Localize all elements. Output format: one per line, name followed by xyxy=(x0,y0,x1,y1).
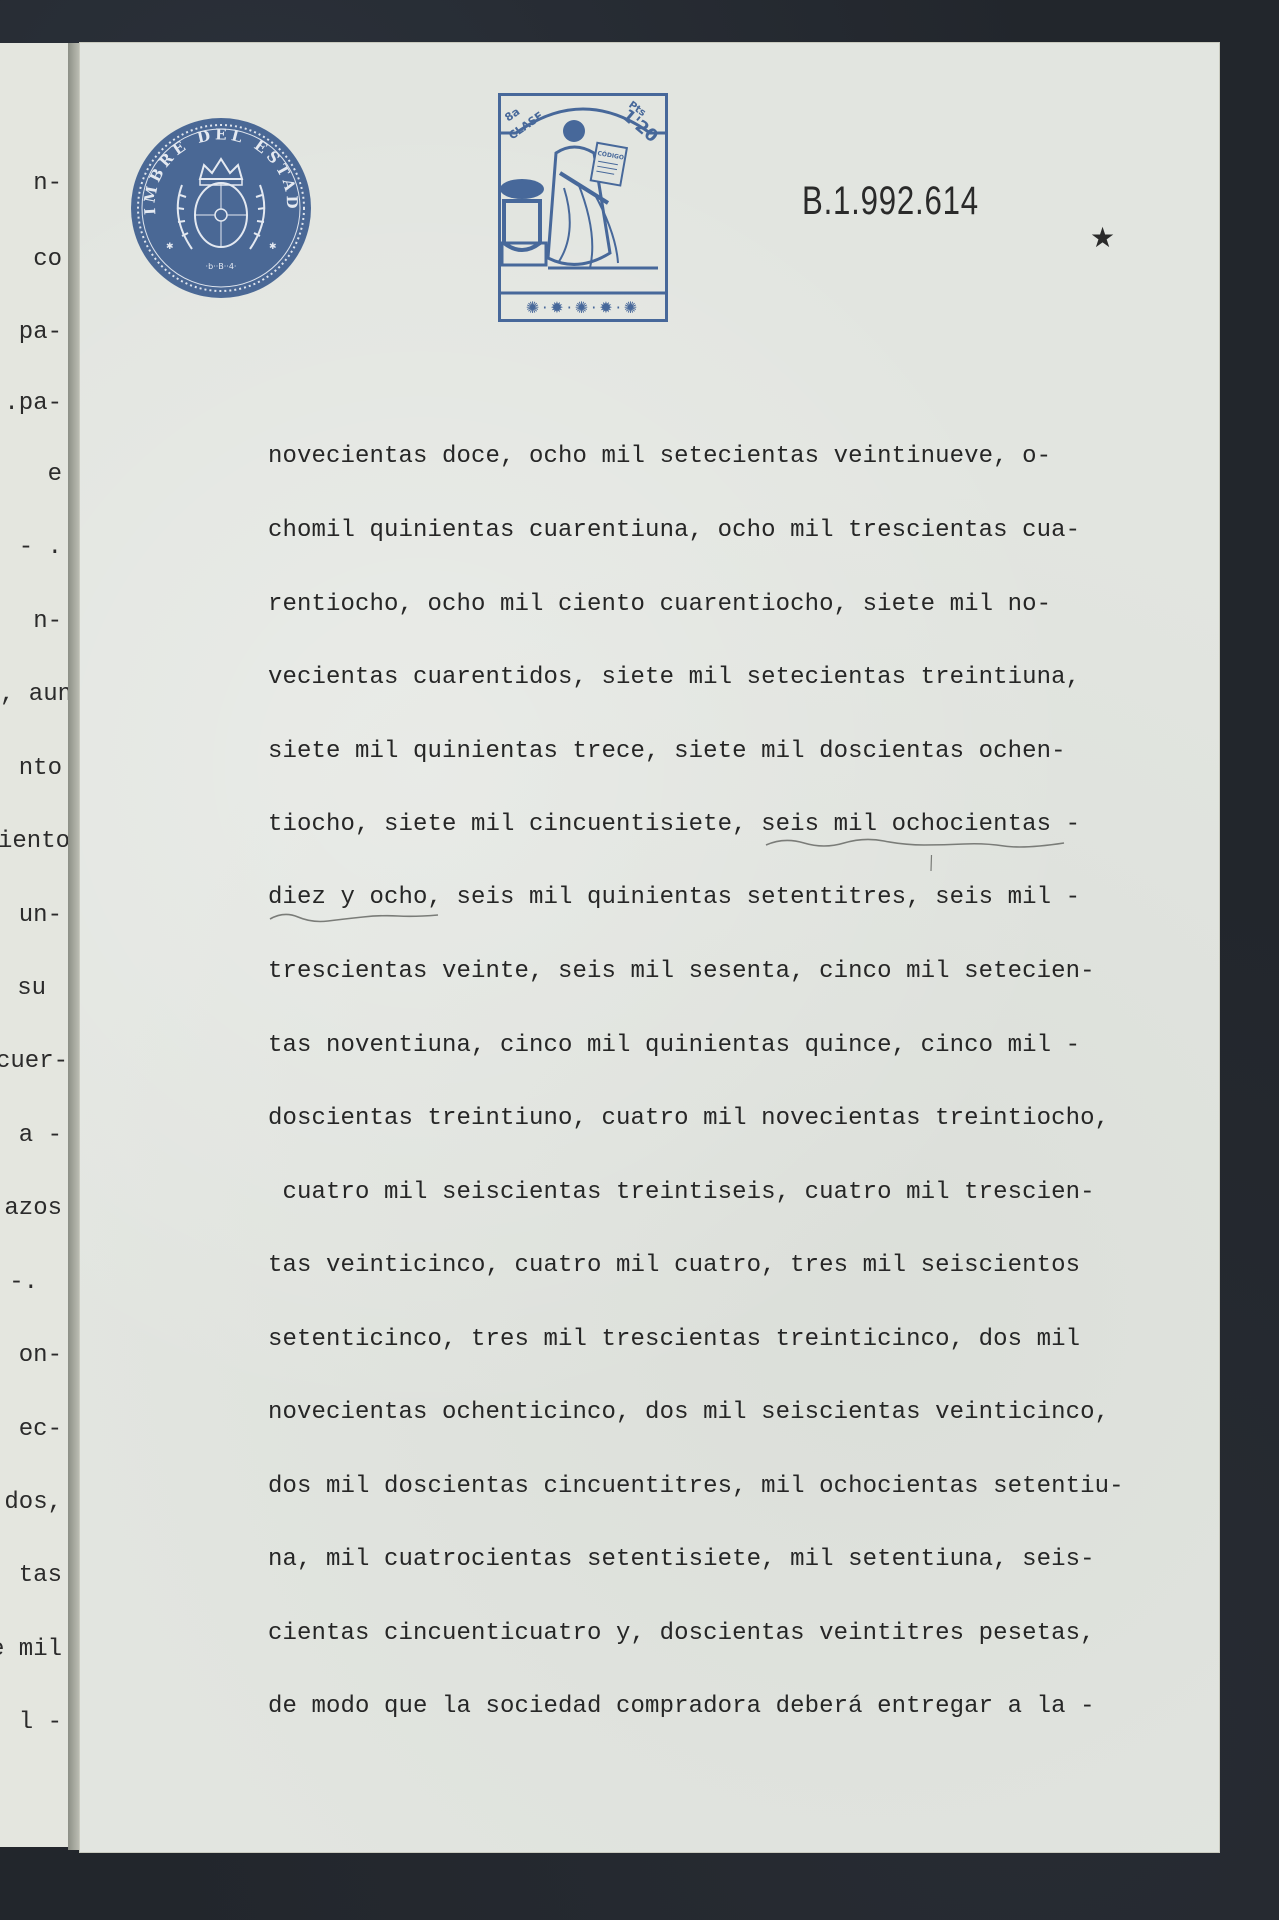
left-page-fragment: e mil xyxy=(0,1636,62,1664)
left-page-fragment: azos xyxy=(4,1195,62,1223)
text-line: dos mil doscientas cincuentitres, mil oc… xyxy=(268,1472,1124,1502)
left-page-edge: n- co . pa- .pa- e - . n- l, aun nto ien… xyxy=(0,43,68,1847)
text-line: vecientas cuarentidos, siete mil setecie… xyxy=(268,663,1080,693)
svg-text:✱: ✱ xyxy=(166,242,174,252)
left-page-fragment: nto xyxy=(19,755,62,783)
text-line: siete mil quinientas trece, siete mil do… xyxy=(268,737,1066,767)
serial-number: B.1.992.614 xyxy=(802,179,979,224)
left-page-fragment: -. xyxy=(9,1269,38,1297)
underline-mark-seis-mil-ochocientas xyxy=(764,835,1069,851)
document-page: TIMBRE DEL ESTADO ✱ ✱ ·b··B··4· 8a CLASE… xyxy=(80,43,1219,1852)
left-page-fragment: n- xyxy=(33,170,62,198)
left-page-fragment: . pa- xyxy=(0,319,62,347)
left-page-fragment: su xyxy=(17,975,46,1003)
left-page-fragment: a - xyxy=(19,1122,62,1150)
text-line: na, mil cuatrocientas setentisiete, mil … xyxy=(268,1545,1095,1575)
tax-stamp-icon: 8a CLASE Pts 1'20 CÓDIGO ✺·✹·✺·✹·✺ xyxy=(498,93,668,322)
text-line: de modo que la sociedad compradora deber… xyxy=(268,1692,1095,1722)
left-page-fragment: l - xyxy=(19,1709,62,1737)
left-page-fragment: n- xyxy=(33,608,62,636)
text-line: tas veinticinco, cuatro mil cuatro, tres… xyxy=(268,1251,1080,1281)
left-page-fragment: cuer- xyxy=(0,1048,68,1076)
text-line: rentiocho, ocho mil ciento cuarentiocho,… xyxy=(268,590,1051,620)
pencil-tick-mark xyxy=(930,855,933,871)
left-page-fragment: dos, xyxy=(4,1489,62,1517)
left-page-fragment: iento xyxy=(0,828,68,856)
svg-text:✺·✹·✺·✹·✺: ✺·✹·✺·✹·✺ xyxy=(526,298,640,317)
left-page-fragment: un- xyxy=(19,902,62,930)
left-page-fragment: co xyxy=(33,246,62,274)
text-line: cientas cincuenticuatro y, doscientas ve… xyxy=(268,1619,1095,1649)
left-page-fragment: ec- xyxy=(19,1416,62,1444)
left-page-fragment: .pa- xyxy=(4,390,62,418)
text-line: setenticinco, tres mil trescientas trein… xyxy=(268,1325,1080,1355)
text-line: cuatro mil seiscientas treintiseis, cuat… xyxy=(268,1178,1095,1208)
text-line: novecientas ochenticinco, dos mil seisci… xyxy=(268,1398,1109,1428)
svg-text:·b··B··4·: ·b··B··4· xyxy=(206,262,237,271)
text-line: chomil quinientas cuarentiuna, ocho mil … xyxy=(268,516,1080,546)
text-line: trescientas veinte, seis mil sesenta, ci… xyxy=(268,957,1095,987)
svg-text:✱: ✱ xyxy=(269,242,277,252)
left-page-fragment: - . xyxy=(19,534,62,562)
left-page-fragment: on- xyxy=(19,1342,62,1370)
text-line: doscientas treintiuno, cuatro mil noveci… xyxy=(268,1104,1109,1134)
left-page-fragment: e xyxy=(48,461,62,489)
underline-mark-diez-y-ocho xyxy=(268,909,440,925)
left-page-fragment: tas xyxy=(19,1562,62,1590)
left-page-fragment: l, aun xyxy=(0,681,68,709)
text-line: novecientas doce, ocho mil setecientas v… xyxy=(268,442,1051,472)
state-seal-icon: TIMBRE DEL ESTADO ✱ ✱ ·b··B··4· xyxy=(130,117,312,299)
star-mark-icon: ★ xyxy=(1090,221,1115,254)
text-line: tas noventiuna, cinco mil quinientas qui… xyxy=(268,1031,1080,1061)
